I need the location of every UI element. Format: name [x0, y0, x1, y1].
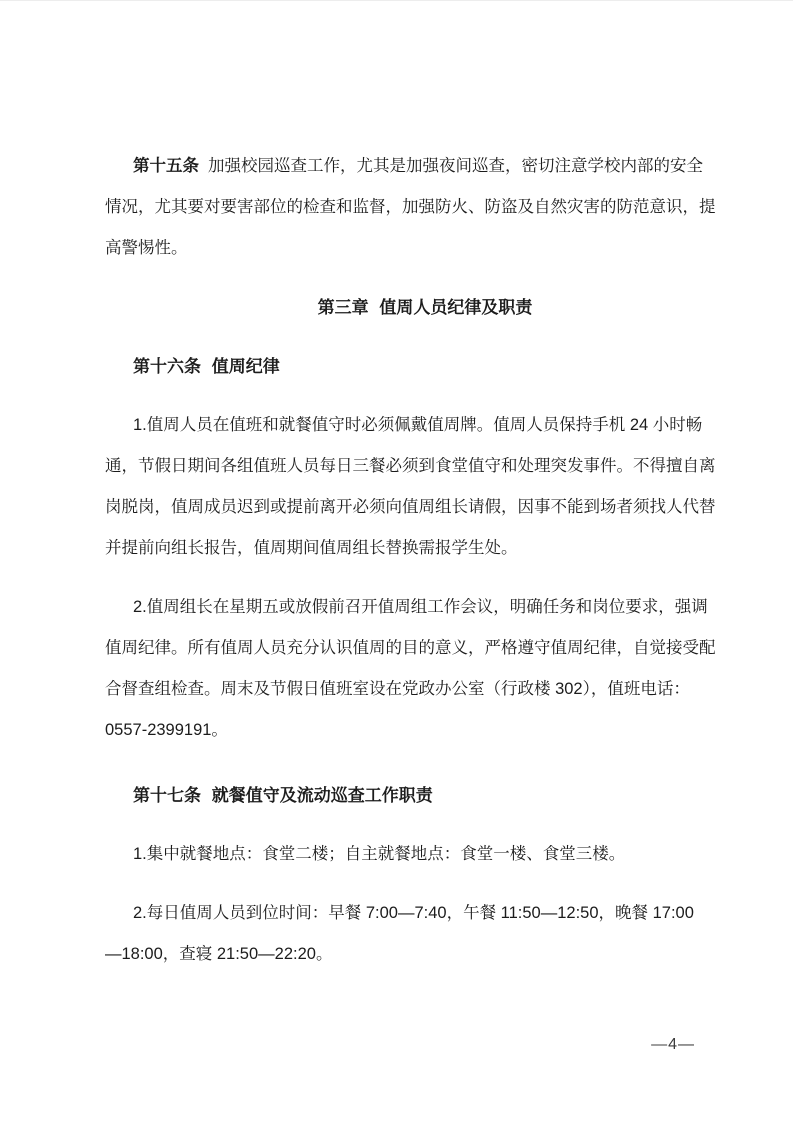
- article-16-item-2-line-1: 2.值周组长在星期五或放假前召开值周组工作会议，明确任务和岗位要求，强调: [105, 587, 688, 628]
- article-15-paragraph: 第十五条加强校园巡查工作，尤其是加强夜间巡查，密切注意学校内部的安全 情况，尤其…: [105, 146, 688, 269]
- article-17-item-2-line-1: 2.每日值周人员到位时间：早餐 7:00—7:40，午餐 11:50—12:50…: [105, 893, 688, 934]
- article-17-item-1-line-1: 1.集中就餐地点：食堂二楼；自主就餐地点：食堂一楼、食堂三楼。: [105, 834, 688, 875]
- article-17-heading: 第十七条 就餐值守及流动巡查工作职责: [105, 775, 688, 816]
- chapter-3-heading: 第三章 值周人员纪律及职责: [105, 287, 688, 328]
- article-15-line-1: 第十五条加强校园巡查工作，尤其是加强夜间巡查，密切注意学校内部的安全: [105, 146, 688, 187]
- article-16-item-1-line-4: 并提前向组长报告，值周期间值周组长替换需报学生处。: [105, 528, 688, 569]
- article-16-item-2-line-4: 0557-2399191。: [105, 710, 688, 751]
- document-page: 第十五条加强校园巡查工作，尤其是加强夜间巡查，密切注意学校内部的安全 情况，尤其…: [0, 0, 793, 1122]
- article-16-item-1-line-3: 岗脱岗，值周成员迟到或提前离开必须向值周组长请假，因事不能到场者须找人代替: [105, 487, 688, 528]
- article-16-item-1-paragraph: 1.值周人员在值班和就餐值守时必须佩戴值周牌。值周人员保持手机 24 小时畅 通…: [105, 405, 688, 569]
- article-15-text-1: 加强校园巡查工作，尤其是加强夜间巡查，密切注意学校内部的安全: [208, 157, 703, 175]
- article-17-item-2-line-2: —18:00，查寝 21:50—22:20。: [105, 934, 688, 975]
- page-number: —4—: [651, 1035, 695, 1055]
- article-16-item-1-line-2: 通，节假日期间各组值班人员每日三餐必须到食堂值守和处理突发事件。不得擅自离: [105, 446, 688, 487]
- document-body: 第十五条加强校园巡查工作，尤其是加强夜间巡查，密切注意学校内部的安全 情况，尤其…: [105, 146, 688, 975]
- article-16-item-2-paragraph: 2.值周组长在星期五或放假前召开值周组工作会议，明确任务和岗位要求，强调 值周纪…: [105, 587, 688, 751]
- article-15-term: 第十五条: [133, 157, 199, 175]
- article-17-item-2-paragraph: 2.每日值周人员到位时间：早餐 7:00—7:40，午餐 11:50—12:50…: [105, 893, 688, 975]
- article-16-item-2-line-3: 合督查组检查。周末及节假日值班室设在党政办公室（行政楼 302），值班电话：: [105, 669, 688, 710]
- article-16-item-2-line-2: 值周纪律。所有值周人员充分认识值周的目的意义，严格遵守值周纪律，自觉接受配: [105, 628, 688, 669]
- article-17-item-1-paragraph: 1.集中就餐地点：食堂二楼；自主就餐地点：食堂一楼、食堂三楼。: [105, 834, 688, 875]
- article-16-heading: 第十六条 值周纪律: [105, 346, 688, 387]
- article-15-line-3: 高警惕性。: [105, 228, 688, 269]
- article-16-item-1-line-1: 1.值周人员在值班和就餐值守时必须佩戴值周牌。值周人员保持手机 24 小时畅: [105, 405, 688, 446]
- article-15-line-2: 情况，尤其要对要害部位的检查和监督，加强防火、防盗及自然灾害的防范意识，提: [105, 187, 688, 228]
